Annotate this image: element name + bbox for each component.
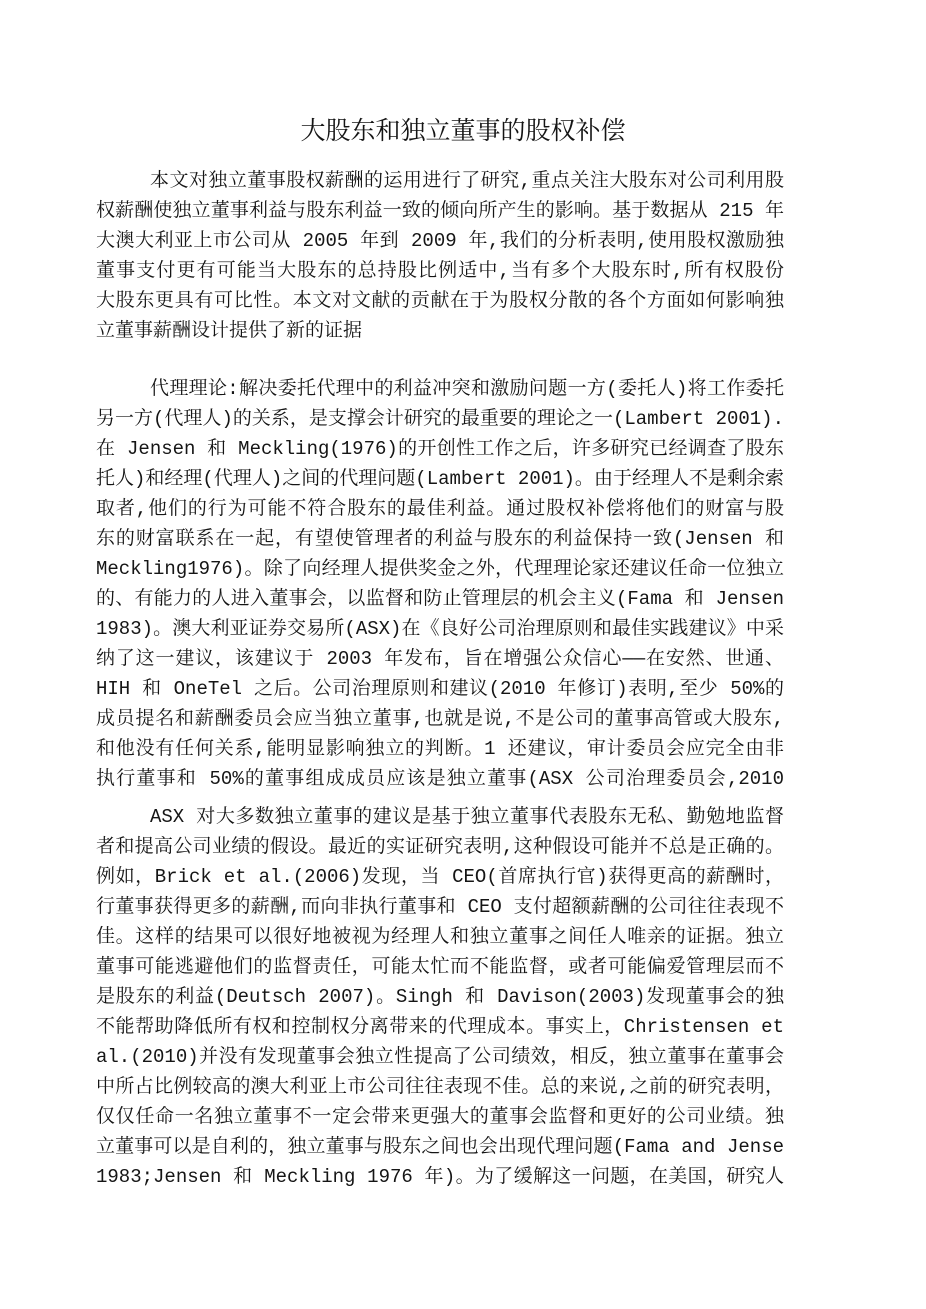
text-line: al.(2010)并没有发现董事会独立性提高了公司绩效，相反，独立董事在董事会 bbox=[96, 1042, 784, 1072]
text-line: ASX 对大多数独立董事的建议是基于独立董事代表股东无私、勤勉地监督管理 bbox=[96, 802, 784, 832]
text-line: 大澳大利亚上市公司从 2005 年到 2009 年,我们的分析表明,使用股权激励… bbox=[96, 226, 784, 256]
text-line: 仅仅任命一名独立董事不一定会带来更强大的董事会监督和更好的公司业绩。独 bbox=[96, 1102, 784, 1132]
text-line: 立董事可以是自利的，独立董事与股东之间也会出现代理问题(Fama and Jen… bbox=[96, 1132, 784, 1162]
text-line: HIH 和 OneTel 之后。公司治理原则和建议(2010 年修订)表明,至少… bbox=[96, 674, 784, 704]
document-title: 大股东和独立董事的股权补偿 bbox=[0, 0, 926, 148]
text-line: 东的财富联系在一起，有望使管理者的利益与股东的利益保持一致(Jensen 和 bbox=[96, 524, 784, 554]
text-line: 在 Jensen 和 Meckling(1976)的开创性工作之后，许多研究已经… bbox=[96, 434, 784, 464]
text-line: 例如，Brick et al.(2006)发现，当 CEO(首席执行官)获得更高… bbox=[96, 862, 784, 892]
paragraph-abstract: 本文对独立董事股权薪酬的运用进行了研究,重点关注大股东对公司利用股权薪酬使独立董… bbox=[96, 166, 784, 346]
text-line: 另一方(代理人)的关系，是支撑会计研究的最重要的理论之一(Lambert 200… bbox=[96, 404, 784, 434]
paragraph-body-1: 代理理论:解决委托代理中的利益冲突和激励问题一方(委托人)将工作委托给另一方(代… bbox=[96, 374, 784, 794]
text-line: 1983)。澳大利亚证券交易所(ASX)在《良好公司治理原则和最佳实践建议》中采 bbox=[96, 614, 784, 644]
text-line: 和他没有任何关系,能明显影响独立的判断。1 还建议，审计委员会应完全由非 bbox=[96, 734, 784, 764]
text-line: 本文对独立董事股权薪酬的运用进行了研究,重点关注大股东对公司利用股 bbox=[96, 166, 784, 196]
text-line: 董事可能逃避他们的监督责任，可能太忙而不能监督，或者可能偏爱管理层而不 bbox=[96, 952, 784, 982]
text-line: 权薪酬使独立董事利益与股东利益一致的倾向所产生的影响。基于数据从 215 年 bbox=[96, 196, 784, 226]
text-line: Meckling1976)。除了向经理人提供奖金之外，代理理论家还建议任命一位独… bbox=[96, 554, 784, 584]
document-body: 本文对独立董事股权薪酬的运用进行了研究,重点关注大股东对公司利用股权薪酬使独立董… bbox=[96, 166, 784, 1192]
text-line: 1983;Jensen 和 Meckling 1976 年)。为了缓解这一问题，… bbox=[96, 1162, 784, 1192]
text-line: 董事支付更有可能当大股东的总持股比例适中,当有多个大股东时,所有权股份 bbox=[96, 256, 784, 286]
text-line: 中所占比例较高的澳大利亚上市公司往往表现不佳。总的来说,之前的研究表明， bbox=[96, 1072, 784, 1102]
text-line: 的、有能力的人进入董事会，以监督和防止管理层的机会主义(Fama 和 Jense… bbox=[96, 584, 784, 614]
text-line: 是股东的利益(Deutsch 2007)。Singh 和 Davison(200… bbox=[96, 982, 784, 1012]
text-line: 行董事获得更多的薪酬,而向非执行董事和 CEO 支付超额薪酬的公司往往表现不 bbox=[96, 892, 784, 922]
text-line: 大股东更具有可比性。本文对文献的贡献在于为股权分散的各个方面如何影响独 bbox=[96, 286, 784, 316]
paragraph-body-2: ASX 对大多数独立董事的建议是基于独立董事代表股东无私、勤勉地监督管理者和提高… bbox=[96, 802, 784, 1192]
text-line: 不能帮助降低所有权和控制权分离带来的代理成本。事实上，Christensen e… bbox=[96, 1012, 784, 1042]
text-line: 成员提名和薪酬委员会应当独立董事,也就是说,不是公司的董事高管或大股东, bbox=[96, 704, 784, 734]
text-line: 佳。这样的结果可以很好地被视为经理人和独立董事之间任人唯亲的证据。独立 bbox=[96, 922, 784, 952]
text-line: 托人)和经理(代理人)之间的代理问题(Lambert 2001)。由于经理人不是… bbox=[96, 464, 784, 494]
text-line: 者和提高公司业绩的假设。最近的实证研究表明,这种假设可能并不总是正确的。 bbox=[96, 832, 784, 862]
document-page: 大股东和独立董事的股权补偿 本文对独立董事股权薪酬的运用进行了研究,重点关注大股… bbox=[0, 0, 926, 1309]
text-line: 纳了这一建议，该建议于 2003 年发布，旨在增强公众信心——在安然、世通、 bbox=[96, 644, 784, 674]
text-line: 代理理论:解决委托代理中的利益冲突和激励问题一方(委托人)将工作委托给 bbox=[96, 374, 784, 404]
text-line: 执行董事和 50%的董事组成成员应该是独立董事(ASX 公司治理委员会,2010… bbox=[96, 764, 784, 794]
text-line: 取者,他们的行为可能不符合股东的最佳利益。通过股权补偿将他们的财富与股 bbox=[96, 494, 784, 524]
text-line: 立董事薪酬设计提供了新的证据 bbox=[96, 316, 784, 346]
